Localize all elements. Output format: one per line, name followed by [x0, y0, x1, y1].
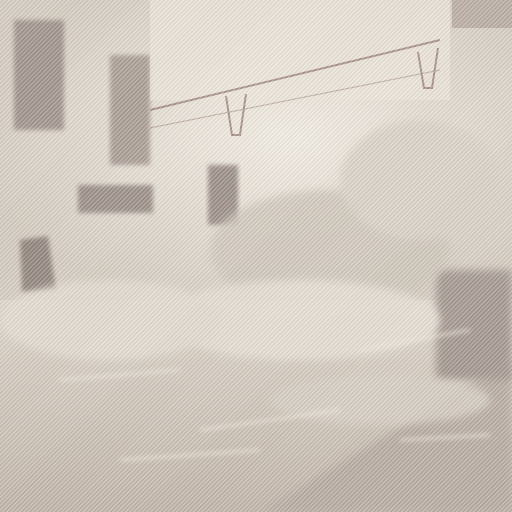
photo-scene: [0, 0, 512, 512]
right-pillar: [436, 270, 512, 380]
top-right-shadow: [452, 0, 512, 28]
bright-panel: [150, 0, 450, 100]
photo-canvas: [0, 0, 512, 512]
